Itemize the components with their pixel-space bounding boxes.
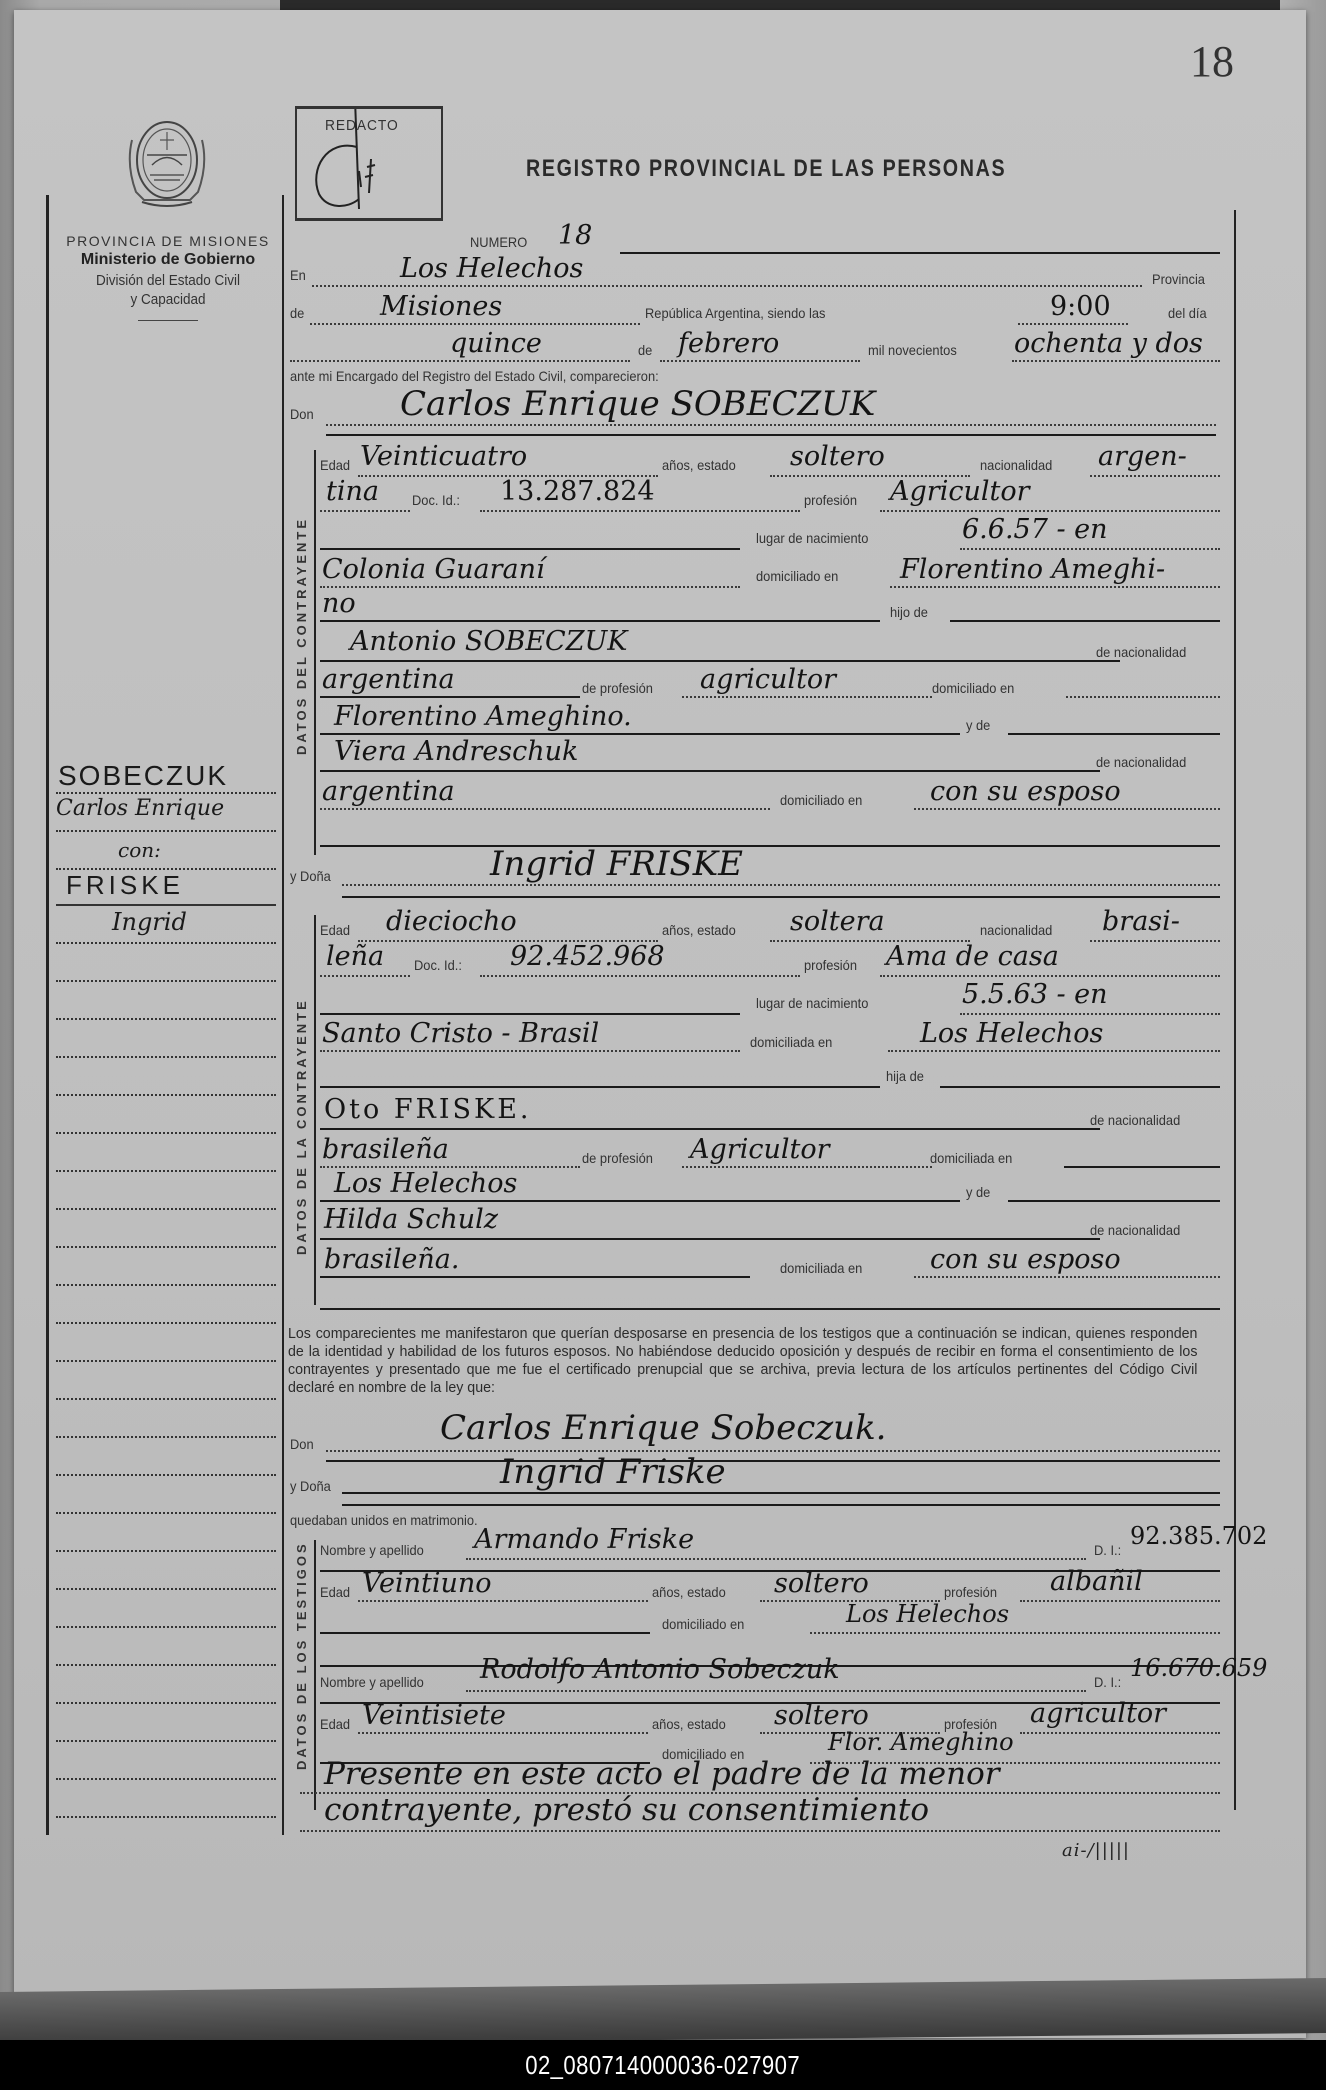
groom-father-domicile: Florentino Ameghino. [334,701,632,732]
row-bride-father-dom: Los Helechos y de [290,1172,1230,1206]
label-de-nacionalidad: de nacionalidad [1090,1222,1180,1238]
province-seal-icon [122,110,212,212]
margin-line [56,1702,276,1704]
fill-line [1018,323,1128,325]
fill-line [960,1013,1220,1015]
row-bride-age: Edad dieciocho años, estado soltera naci… [290,910,1230,944]
label-edad: Edad [320,922,350,938]
groom-father-name: Antonio SOBECZUK [350,626,627,657]
label-domiciliada-en: domiciliada en [780,1260,862,1276]
fill-line [320,770,1100,772]
redacto-stamp: REDACTO [295,106,443,221]
margin-line [56,1512,276,1514]
label-profesion: profesión [944,1584,997,1600]
label-edad: Edad [320,1584,350,1600]
fill-line [320,808,770,810]
bride-status: soltera [790,906,885,937]
margin-name-bride: Ingrid [112,908,187,936]
fill-line [890,586,1220,588]
bride-mother-nationality: brasileña. [324,1244,459,1275]
row-bride-doc: leña Doc. Id.: 92.452.968 profesión Ama … [290,945,1230,979]
witness2-status: soltero [774,1700,869,1731]
margin-line [56,1056,276,1058]
label-de-profesion: de profesión [582,680,653,696]
fill-line [320,845,1220,847]
groom-mother-nationality: argentina [322,776,455,807]
label-anos-estado: años, estado [662,457,736,473]
tally-mark-note: ai-/||||| [1062,1840,1130,1861]
label-numero: NUMERO [470,234,527,250]
witness1-di: 92.385.702 [1130,1522,1267,1550]
row-groom-doc: tina Doc. Id.: 13.287.824 profesión Agri… [290,480,1230,514]
row-date: quince de febrero mil novecientos ochent… [290,330,1230,364]
fill-line [1090,940,1220,942]
fill-line [320,1050,740,1052]
groom-domicile-a: Florentino Ameghi- [900,554,1165,585]
bride-age: dieciocho [386,906,517,937]
bride-father-domicile: Los Helechos [334,1168,517,1199]
fill-line [320,696,580,698]
fill-line [1008,1200,1220,1202]
label-republica: República Argentina, siendo las [645,305,825,321]
label-hijo-de: hijo de [890,604,928,620]
row-witness1-domicile: domiciliado en Los Helechos [290,1602,1230,1636]
label-lugar-nacimiento: lugar de nacimiento [756,995,868,1011]
bride-full-name: Ingrid FRISKE [490,844,743,884]
witness2-profession: agricultor [1030,1698,1166,1729]
bride-profession: Ama de casa [886,941,1059,972]
row-note-1: Presente en este acto el padre de la men… [290,1758,1230,1792]
label-profesion: profesión [804,492,857,508]
fill-line [682,696,932,698]
scan-identifier: 02_080714000036-027907 [526,2050,801,2081]
act-month: febrero [678,328,779,359]
label-edad: Edad [320,457,350,473]
witness1-status: soltero [774,1568,869,1599]
margin-line [56,1664,276,1666]
fill-line [320,620,880,622]
act-year: ochenta y dos [1014,328,1203,359]
margin-line [56,1018,276,1020]
groom-father-nationality: argentina [322,664,455,695]
label-hija-de: hija de [886,1068,924,1084]
bride-birth-place: Santo Cristo - Brasil [322,1018,599,1049]
groom-domicile-b: no [322,588,356,619]
fill-line [320,733,960,735]
label-don: Don [290,1436,314,1452]
bride-birth-date: 5.5.63 - en [962,979,1108,1010]
row-bride-father-prof: brasileña de profesión Agricultor domici… [290,1138,1230,1172]
label-en: En [290,267,306,283]
fill-line [480,510,800,512]
margin-surname-groom: SOBECZUK [58,760,228,792]
groom-mother-domicile: con su esposo [930,776,1121,807]
fill-line [326,424,1216,426]
fill-line [320,586,740,588]
row-bride-mother-dom: brasileña. domiciliada en con su esposo [290,1248,1230,1282]
groom-doc-id: 13.287.824 [500,476,655,507]
margin-line [56,1360,276,1362]
label-domiciliada-en: domiciliada en [930,1150,1012,1166]
row-witness1-name: Nombre y apellido Armando Friske D. I.: … [290,1528,1230,1562]
fill-line [300,1830,1220,1832]
label-domiciliado-en: domiciliado en [780,792,862,808]
fill-line [914,1276,1220,1278]
label-anos-estado: años, estado [652,1584,726,1600]
row-bride-mother: Hilda Schulz de nacionalidad [290,1208,1230,1242]
label-del-dia: del día [1168,305,1207,321]
document-title: REGISTRO PROVINCIAL DE LAS PERSONAS [526,155,1006,183]
fill-line [326,434,1216,436]
label-quedaban: quedaban unidos en matrimonio. [290,1512,478,1528]
fill-line [1008,733,1220,735]
issuing-office-header: PROVINCIA DE MISIONES Ministerio de Gobi… [48,232,288,321]
act-province: Misiones [380,291,502,322]
row-groom-age: Edad Veinticuatro años, estado soltero n… [290,445,1230,479]
margin-line [56,942,276,944]
page-number: 18 [1190,36,1234,87]
witness1-domicile: Los Helechos [846,1600,1009,1628]
bride-nationality-a: brasi- [1102,906,1180,937]
fill-line [880,975,1220,977]
row-decl-don: Don Carlos Enrique Sobeczuk. [290,1418,1230,1452]
fill-line [320,660,1120,662]
row-groom-blank [290,815,1230,849]
label-de-profesion: de profesión [582,1150,653,1166]
margin-line [56,1132,276,1134]
fill-line [888,1050,1220,1052]
label-de-nacionalidad: de nacionalidad [1090,1112,1180,1128]
groom-nationality-a: argen- [1098,441,1187,472]
fill-line [466,1690,1086,1692]
label-lugar-nacimiento: lugar de nacimiento [756,530,868,546]
margin-line [56,792,276,794]
label-de-mes: de [638,342,652,358]
note-line-1: Presente en este acto el padre de la men… [324,1756,1000,1792]
fill-line [940,1086,1220,1088]
fill-line [880,510,1220,512]
act-number: 18 [558,220,592,251]
ministry-name: Ministerio de Gobierno [48,250,288,271]
label-nombre-apellido: Nombre y apellido [320,1542,424,1558]
margin-line [56,1588,276,1590]
groom-mother-name: Viera Andreschuk [334,736,578,767]
margin-line [56,1284,276,1286]
groom-status: soltero [790,441,885,472]
row-bride-birth: lugar de nacimiento 5.5.63 - en [290,985,1230,1019]
row-province: de Misiones República Argentina, siendo … [290,293,1230,327]
row-groom-hijo: no hijo de [290,592,1230,626]
witness2-domicile: Flor. Ameghino [828,1728,1014,1756]
label-doc-id: Doc. Id.: [414,957,462,973]
fill-line [342,1492,1220,1494]
margin-line [56,1816,276,1818]
margin-line [56,1740,276,1742]
margin-line [56,1474,276,1476]
row-witness1-age: Edad Veintiuno años, estado soltero prof… [290,1572,1230,1606]
fill-line [320,1238,1100,1240]
margin-line [56,1398,276,1400]
division-line-2: y Capacidad [60,290,276,310]
label-ante-mi: ante mi Encargado del Registro del Estad… [290,368,659,384]
right-border [1234,210,1236,1810]
row-groom-birth: lugar de nacimiento 6.6.57 - en [290,520,1230,554]
margin-line [56,1094,276,1096]
label-y-de: y de [966,717,990,733]
label-domiciliada-en: domiciliada en [750,1034,832,1050]
label-de-nacionalidad: de nacionalidad [1096,754,1186,770]
witness2-age: Veintisiete [362,1700,506,1731]
margin-con: con: [118,838,161,862]
label-nacionalidad: nacionalidad [980,922,1052,938]
label-provincia: Provincia [1152,271,1205,287]
row-bride-blank [290,1282,1230,1316]
row-witness2-name: Nombre y apellido Rodolfo Antonio Sobecz… [290,1660,1230,1694]
margin-line [56,1246,276,1248]
fill-line [1064,1166,1220,1168]
bride-mother-name: Hilda Schulz [324,1204,498,1235]
row-bride-domicile: Santo Cristo - Brasil domiciliada en Los… [290,1022,1230,1056]
fill-line [810,1632,1220,1634]
fill-line [620,252,1220,254]
fill-line [320,1013,740,1015]
division-line-1: División del Estado Civil [60,271,276,291]
groom-full-name: Carlos Enrique SOBECZUK [400,384,875,424]
label-di: D. I.: [1094,1674,1121,1690]
label-di: D. I.: [1094,1542,1121,1558]
label-de-nacionalidad: de nacionalidad [1096,644,1186,660]
fill-line [320,510,410,512]
act-place: Los Helechos [400,253,583,284]
declaration-groom-name: Carlos Enrique Sobeczuk. [440,1408,886,1448]
divider [138,320,198,321]
fill-line [342,884,1220,886]
margin-line [56,1170,276,1172]
margin-line [56,830,276,832]
margin-line [56,1436,276,1438]
fill-line [960,548,1220,550]
label-nombre-apellido: Nombre y apellido [320,1674,424,1690]
fill-line [914,808,1220,810]
fill-line [312,285,1142,287]
bride-father-nationality: brasileña [322,1134,449,1165]
label-de: de [290,305,304,321]
bride-domicile: Los Helechos [920,1018,1103,1049]
fill-line [950,620,1220,622]
row-place: En Los Helechos Provincia [290,255,1230,289]
label-domiciliado-en: domiciliado en [662,1616,744,1632]
fill-line [320,1086,880,1088]
label-y-dona: y Doña [290,1478,331,1494]
act-day: quince [450,328,542,359]
margin-surname-bride: FRISKE [66,870,184,901]
label-anos-estado: años, estado [652,1716,726,1732]
fill-line [320,1200,960,1202]
left-margin-rule [46,195,49,1835]
label-anos-estado: años, estado [662,922,736,938]
fill-line [1090,475,1220,477]
row-bride-name: y Doña Ingrid FRISKE [290,850,1230,884]
groom-nationality-b: tina [326,476,379,507]
witness1-name: Armando Friske [474,1524,694,1555]
margin-name-groom: Carlos Enrique [56,796,224,821]
row-bride-hija: hija de [290,1058,1230,1092]
act-time: 9:00 [1050,291,1111,322]
row-note-2: contrayente, prestó su consentimiento [290,1796,1230,1830]
label-y-dona: y Doña [290,868,331,884]
initials-signature-icon [297,109,445,224]
margin-line [56,904,276,906]
row-numero: NUMERO 18 [290,222,1230,256]
groom-birth-place: Colonia Guaraní [322,554,545,585]
label-doc-id: Doc. Id.: [412,492,460,508]
bride-father-profession: Agricultor [690,1134,829,1165]
margin-line [56,1550,276,1552]
row-groom-father-dom: Florentino Ameghino. y de [290,705,1230,739]
label-mil-novecientos: mil novecientos [868,342,957,358]
margin-line [56,1778,276,1780]
row-groom-father: Antonio SOBECZUK de nacionalidad [290,630,1230,664]
fill-line [320,1632,650,1634]
fill-line [480,975,800,977]
declaration-paragraph: Los comparecientes me manifestaron que q… [288,1325,1197,1397]
margin-line [56,1322,276,1324]
row-groom-mother-dom: argentina domiciliado en con su esposo [290,780,1230,814]
witness2-name: Rodolfo Antonio Sobeczuk [480,1654,840,1685]
label-y-de: y de [966,1184,990,1200]
row-groom-father-prof: argentina de profesión agricultor domici… [290,668,1230,702]
witness2-di: 16.670.659 [1130,1654,1267,1682]
bride-mother-domicile: con su esposo [930,1244,1121,1275]
fill-line [320,548,740,550]
label-domiciliado-en: domiciliado en [756,568,838,584]
row-bride-father: Oto FRISKE. de nacionalidad [290,1098,1230,1132]
row-decl-dona: y Doña Ingrid Friske [290,1460,1230,1494]
scan-footer-bar: 02_080714000036-027907 [0,2040,1326,2090]
witness1-profession: albañil [1050,1566,1143,1597]
groom-birth-date: 6.6.57 - en [962,514,1108,545]
label-profesion: profesión [804,957,857,973]
fill-line [466,1558,1086,1560]
fill-line [320,1308,1220,1310]
declaration-bride-name: Ingrid Friske [500,1452,726,1492]
bride-father-name: Oto FRISKE. [324,1094,532,1125]
label-domiciliado-en: domiciliado en [932,680,1014,696]
label-don: Don [290,406,314,422]
fill-line [320,975,410,977]
groom-profession: Agricultor [890,476,1029,507]
fill-line [682,1166,932,1168]
fill-line [320,1128,1100,1130]
row-groom-domicile: Colonia Guaraní domiciliado en Florentin… [290,558,1230,592]
fill-line [342,896,1220,898]
column-divider [282,195,284,1835]
row-groom-mother: Viera Andreschuk de nacionalidad [290,740,1230,774]
witness1-age: Veintiuno [362,1568,492,1599]
note-line-2: contrayente, prestó su consentimiento [324,1792,929,1828]
fill-line [310,323,640,325]
fill-line [326,1450,1220,1452]
bride-doc-id: 92.452.968 [510,941,665,972]
label-edad: Edad [320,1716,350,1732]
province-name: PROVINCIA DE MISIONES [48,232,288,250]
margin-line [56,1208,276,1210]
fill-line [320,1276,750,1278]
bride-nationality-b: leña [326,941,384,972]
row-groom-name: Don Carlos Enrique SOBECZUK [290,390,1230,424]
margin-line [56,980,276,982]
groom-father-profession: agricultor [700,664,836,695]
fill-line [342,1504,1220,1506]
margin-line [56,1626,276,1628]
label-nacionalidad: nacionalidad [980,457,1052,473]
groom-age: Veinticuatro [360,441,527,472]
fill-line [1066,696,1220,698]
